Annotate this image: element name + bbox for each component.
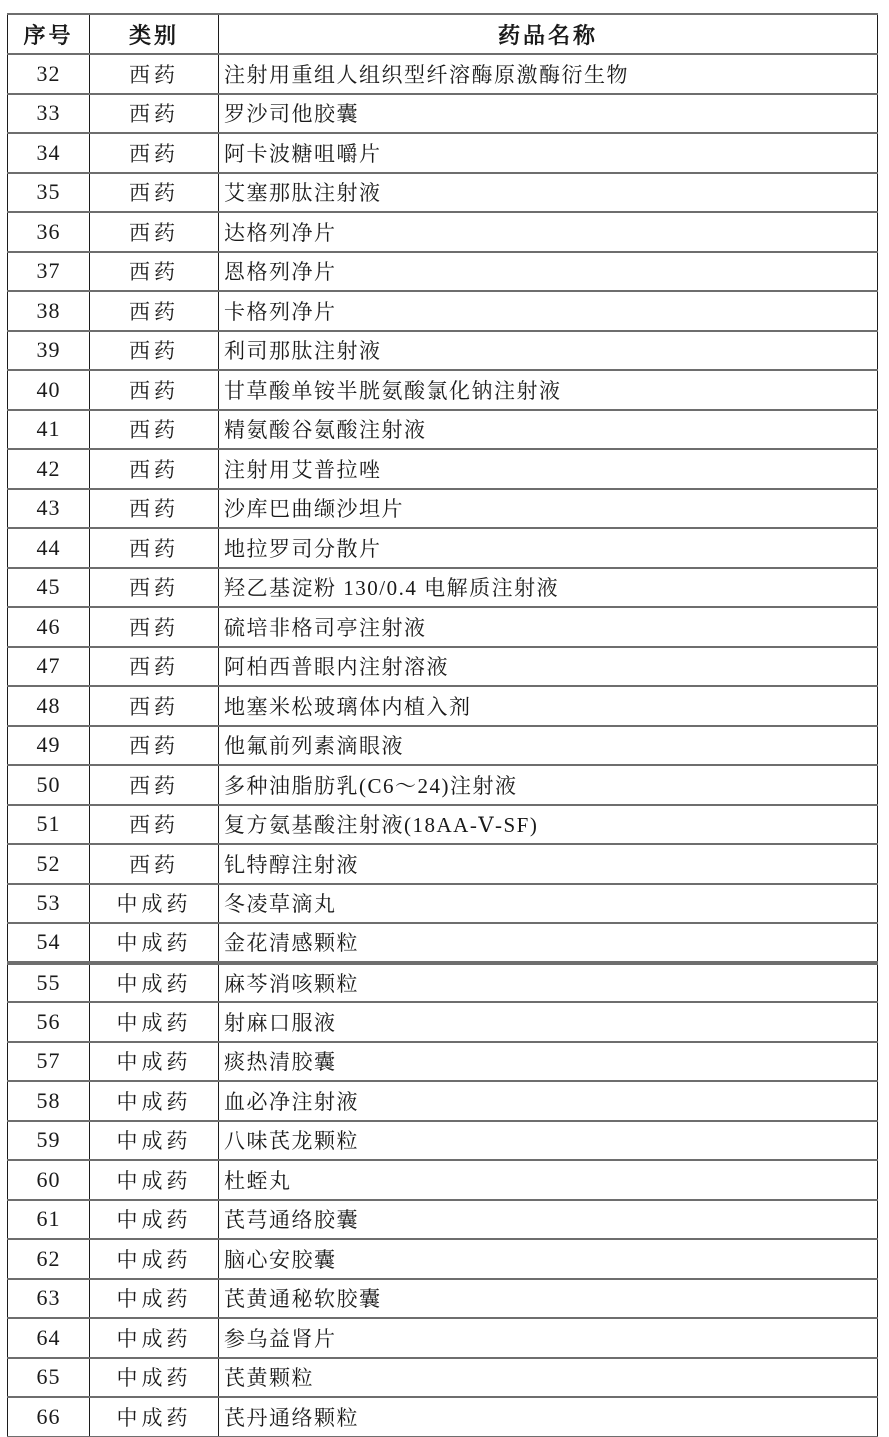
- table-row: 36 西药 达格列净片: [8, 212, 878, 252]
- row-drug-name: 地塞米松玻璃体内植入剂: [219, 686, 878, 726]
- row-number: 63: [8, 1279, 90, 1319]
- row-category: 西药: [90, 410, 219, 450]
- table-row: 63 中成药 芪黄通秘软胶囊: [8, 1279, 878, 1319]
- table-row: 45 西药 羟乙基淀粉 130/0.4 电解质注射液: [8, 568, 878, 608]
- table-row: 41 西药 精氨酸谷氨酸注射液: [8, 410, 878, 450]
- row-category: 西药: [90, 173, 219, 213]
- table-row: 56 中成药 射麻口服液: [8, 1002, 878, 1042]
- row-drug-name: 卡格列净片: [219, 291, 878, 331]
- table-row: 58 中成药 血必净注射液: [8, 1081, 878, 1121]
- row-number: 44: [8, 528, 90, 568]
- table-row: 33 西药 罗沙司他胶囊: [8, 94, 878, 134]
- row-number: 47: [8, 647, 90, 687]
- row-number: 55: [8, 963, 90, 1003]
- row-category: 西药: [90, 568, 219, 608]
- row-drug-name: 芪丹通络颗粒: [219, 1397, 878, 1437]
- row-number: 37: [8, 252, 90, 292]
- table-row: 35 西药 艾塞那肽注射液: [8, 173, 878, 213]
- row-category: 中成药: [90, 1042, 219, 1082]
- col-header-no: 序号: [8, 14, 90, 54]
- row-drug-name: 地拉罗司分散片: [219, 528, 878, 568]
- row-drug-name: 硫培非格司亭注射液: [219, 607, 878, 647]
- table-row: 55 中成药 麻芩消咳颗粒: [8, 963, 878, 1003]
- table-row: 47 西药 阿柏西普眼内注射溶液: [8, 647, 878, 687]
- row-drug-name: 钆特醇注射液: [219, 844, 878, 884]
- table-row: 57 中成药 痰热清胶囊: [8, 1042, 878, 1082]
- row-number: 43: [8, 489, 90, 529]
- row-drug-name: 复方氨基酸注射液(18AA-Ⅴ-SF): [219, 805, 878, 845]
- row-number: 51: [8, 805, 90, 845]
- row-category: 西药: [90, 252, 219, 292]
- table-row: 52 西药 钆特醇注射液: [8, 844, 878, 884]
- row-number: 40: [8, 370, 90, 410]
- drug-table: 序号 类别 药品名称 32 西药 注射用重组人组织型纤溶酶原激酶衍生物 33 西…: [7, 13, 878, 1437]
- row-category: 中成药: [90, 1279, 219, 1319]
- row-drug-name: 注射用艾普拉唑: [219, 449, 878, 489]
- row-number: 61: [8, 1200, 90, 1240]
- col-header-drug-name: 药品名称: [219, 14, 878, 54]
- row-category: 中成药: [90, 1358, 219, 1398]
- row-number: 32: [8, 54, 90, 94]
- table-row: 48 西药 地塞米松玻璃体内植入剂: [8, 686, 878, 726]
- row-number: 59: [8, 1121, 90, 1161]
- row-drug-name: 他氟前列素滴眼液: [219, 726, 878, 766]
- row-number: 45: [8, 568, 90, 608]
- table-row: 40 西药 甘草酸单铵半胱氨酸氯化钠注射液: [8, 370, 878, 410]
- row-number: 35: [8, 173, 90, 213]
- row-category: 中成药: [90, 1318, 219, 1358]
- row-category: 中成药: [90, 1239, 219, 1279]
- row-number: 62: [8, 1239, 90, 1279]
- table-row: 66 中成药 芪丹通络颗粒: [8, 1397, 878, 1437]
- table-row: 64 中成药 参乌益肾片: [8, 1318, 878, 1358]
- row-number: 46: [8, 607, 90, 647]
- row-drug-name: 脑心安胶囊: [219, 1239, 878, 1279]
- row-category: 西药: [90, 331, 219, 371]
- row-drug-name: 罗沙司他胶囊: [219, 94, 878, 134]
- row-category: 西药: [90, 94, 219, 134]
- row-number: 64: [8, 1318, 90, 1358]
- col-header-category: 类别: [90, 14, 219, 54]
- row-category: 中成药: [90, 1397, 219, 1437]
- row-category: 西药: [90, 805, 219, 845]
- row-number: 66: [8, 1397, 90, 1437]
- row-category: 西药: [90, 528, 219, 568]
- row-drug-name: 达格列净片: [219, 212, 878, 252]
- row-category: 西药: [90, 449, 219, 489]
- row-drug-name: 沙库巴曲缬沙坦片: [219, 489, 878, 529]
- row-number: 38: [8, 291, 90, 331]
- table-row: 49 西药 他氟前列素滴眼液: [8, 726, 878, 766]
- row-drug-name: 麻芩消咳颗粒: [219, 963, 878, 1003]
- header-row: 序号 类别 药品名称: [8, 14, 878, 54]
- row-number: 50: [8, 765, 90, 805]
- table-row: 53 中成药 冬凌草滴丸: [8, 884, 878, 924]
- row-category: 中成药: [90, 1081, 219, 1121]
- row-drug-name: 射麻口服液: [219, 1002, 878, 1042]
- row-category: 西药: [90, 647, 219, 687]
- row-category: 西药: [90, 54, 219, 94]
- row-category: 西药: [90, 489, 219, 529]
- row-category: 中成药: [90, 1160, 219, 1200]
- row-drug-name: 阿卡波糖咀嚼片: [219, 133, 878, 173]
- row-number: 54: [8, 923, 90, 963]
- row-category: 西药: [90, 607, 219, 647]
- table-row: 54 中成药 金花清感颗粒: [8, 923, 878, 963]
- row-drug-name: 艾塞那肽注射液: [219, 173, 878, 213]
- row-category: 西药: [90, 370, 219, 410]
- table-row: 44 西药 地拉罗司分散片: [8, 528, 878, 568]
- table-row: 60 中成药 杜蛭丸: [8, 1160, 878, 1200]
- row-drug-name: 芪黄颗粒: [219, 1358, 878, 1398]
- row-drug-name: 痰热清胶囊: [219, 1042, 878, 1082]
- row-number: 56: [8, 1002, 90, 1042]
- row-number: 36: [8, 212, 90, 252]
- row-number: 48: [8, 686, 90, 726]
- row-category: 中成药: [90, 1200, 219, 1240]
- page: 序号 类别 药品名称 32 西药 注射用重组人组织型纤溶酶原激酶衍生物 33 西…: [0, 0, 889, 1437]
- table-row: 59 中成药 八味芪龙颗粒: [8, 1121, 878, 1161]
- row-drug-name: 甘草酸单铵半胱氨酸氯化钠注射液: [219, 370, 878, 410]
- row-drug-name: 冬凌草滴丸: [219, 884, 878, 924]
- row-category: 西药: [90, 133, 219, 173]
- row-number: 42: [8, 449, 90, 489]
- row-drug-name: 多种油脂肪乳(C6～24)注射液: [219, 765, 878, 805]
- row-drug-name: 参乌益肾片: [219, 1318, 878, 1358]
- row-drug-name: 芪黄通秘软胶囊: [219, 1279, 878, 1319]
- row-drug-name: 羟乙基淀粉 130/0.4 电解质注射液: [219, 568, 878, 608]
- row-drug-name: 杜蛭丸: [219, 1160, 878, 1200]
- row-number: 49: [8, 726, 90, 766]
- row-category: 西药: [90, 844, 219, 884]
- row-category: 中成药: [90, 1121, 219, 1161]
- row-category: 中成药: [90, 884, 219, 924]
- row-category: 西药: [90, 291, 219, 331]
- table-row: 42 西药 注射用艾普拉唑: [8, 449, 878, 489]
- table-row: 43 西药 沙库巴曲缬沙坦片: [8, 489, 878, 529]
- row-drug-name: 芪芎通络胶囊: [219, 1200, 878, 1240]
- row-number: 33: [8, 94, 90, 134]
- table-row: 38 西药 卡格列净片: [8, 291, 878, 331]
- row-number: 58: [8, 1081, 90, 1121]
- table-row: 61 中成药 芪芎通络胶囊: [8, 1200, 878, 1240]
- row-category: 中成药: [90, 963, 219, 1003]
- row-number: 52: [8, 844, 90, 884]
- row-drug-name: 金花清感颗粒: [219, 923, 878, 963]
- row-category: 西药: [90, 212, 219, 252]
- row-number: 57: [8, 1042, 90, 1082]
- table-row: 46 西药 硫培非格司亭注射液: [8, 607, 878, 647]
- row-drug-name: 八味芪龙颗粒: [219, 1121, 878, 1161]
- table-row: 51 西药 复方氨基酸注射液(18AA-Ⅴ-SF): [8, 805, 878, 845]
- row-drug-name: 利司那肽注射液: [219, 331, 878, 371]
- table-row: 39 西药 利司那肽注射液: [8, 331, 878, 371]
- table-row: 34 西药 阿卡波糖咀嚼片: [8, 133, 878, 173]
- row-number: 39: [8, 331, 90, 371]
- row-drug-name: 注射用重组人组织型纤溶酶原激酶衍生物: [219, 54, 878, 94]
- row-category: 西药: [90, 765, 219, 805]
- row-category: 中成药: [90, 1002, 219, 1042]
- row-category: 西药: [90, 726, 219, 766]
- table-row: 50 西药 多种油脂肪乳(C6～24)注射液: [8, 765, 878, 805]
- row-drug-name: 阿柏西普眼内注射溶液: [219, 647, 878, 687]
- row-number: 60: [8, 1160, 90, 1200]
- table-row: 32 西药 注射用重组人组织型纤溶酶原激酶衍生物: [8, 54, 878, 94]
- row-drug-name: 血必净注射液: [219, 1081, 878, 1121]
- row-drug-name: 精氨酸谷氨酸注射液: [219, 410, 878, 450]
- row-category: 中成药: [90, 923, 219, 963]
- row-drug-name: 恩格列净片: [219, 252, 878, 292]
- row-category: 西药: [90, 686, 219, 726]
- row-number: 53: [8, 884, 90, 924]
- table-row: 65 中成药 芪黄颗粒: [8, 1358, 878, 1398]
- row-number: 65: [8, 1358, 90, 1398]
- row-number: 34: [8, 133, 90, 173]
- table-row: 62 中成药 脑心安胶囊: [8, 1239, 878, 1279]
- row-number: 41: [8, 410, 90, 450]
- table-row: 37 西药 恩格列净片: [8, 252, 878, 292]
